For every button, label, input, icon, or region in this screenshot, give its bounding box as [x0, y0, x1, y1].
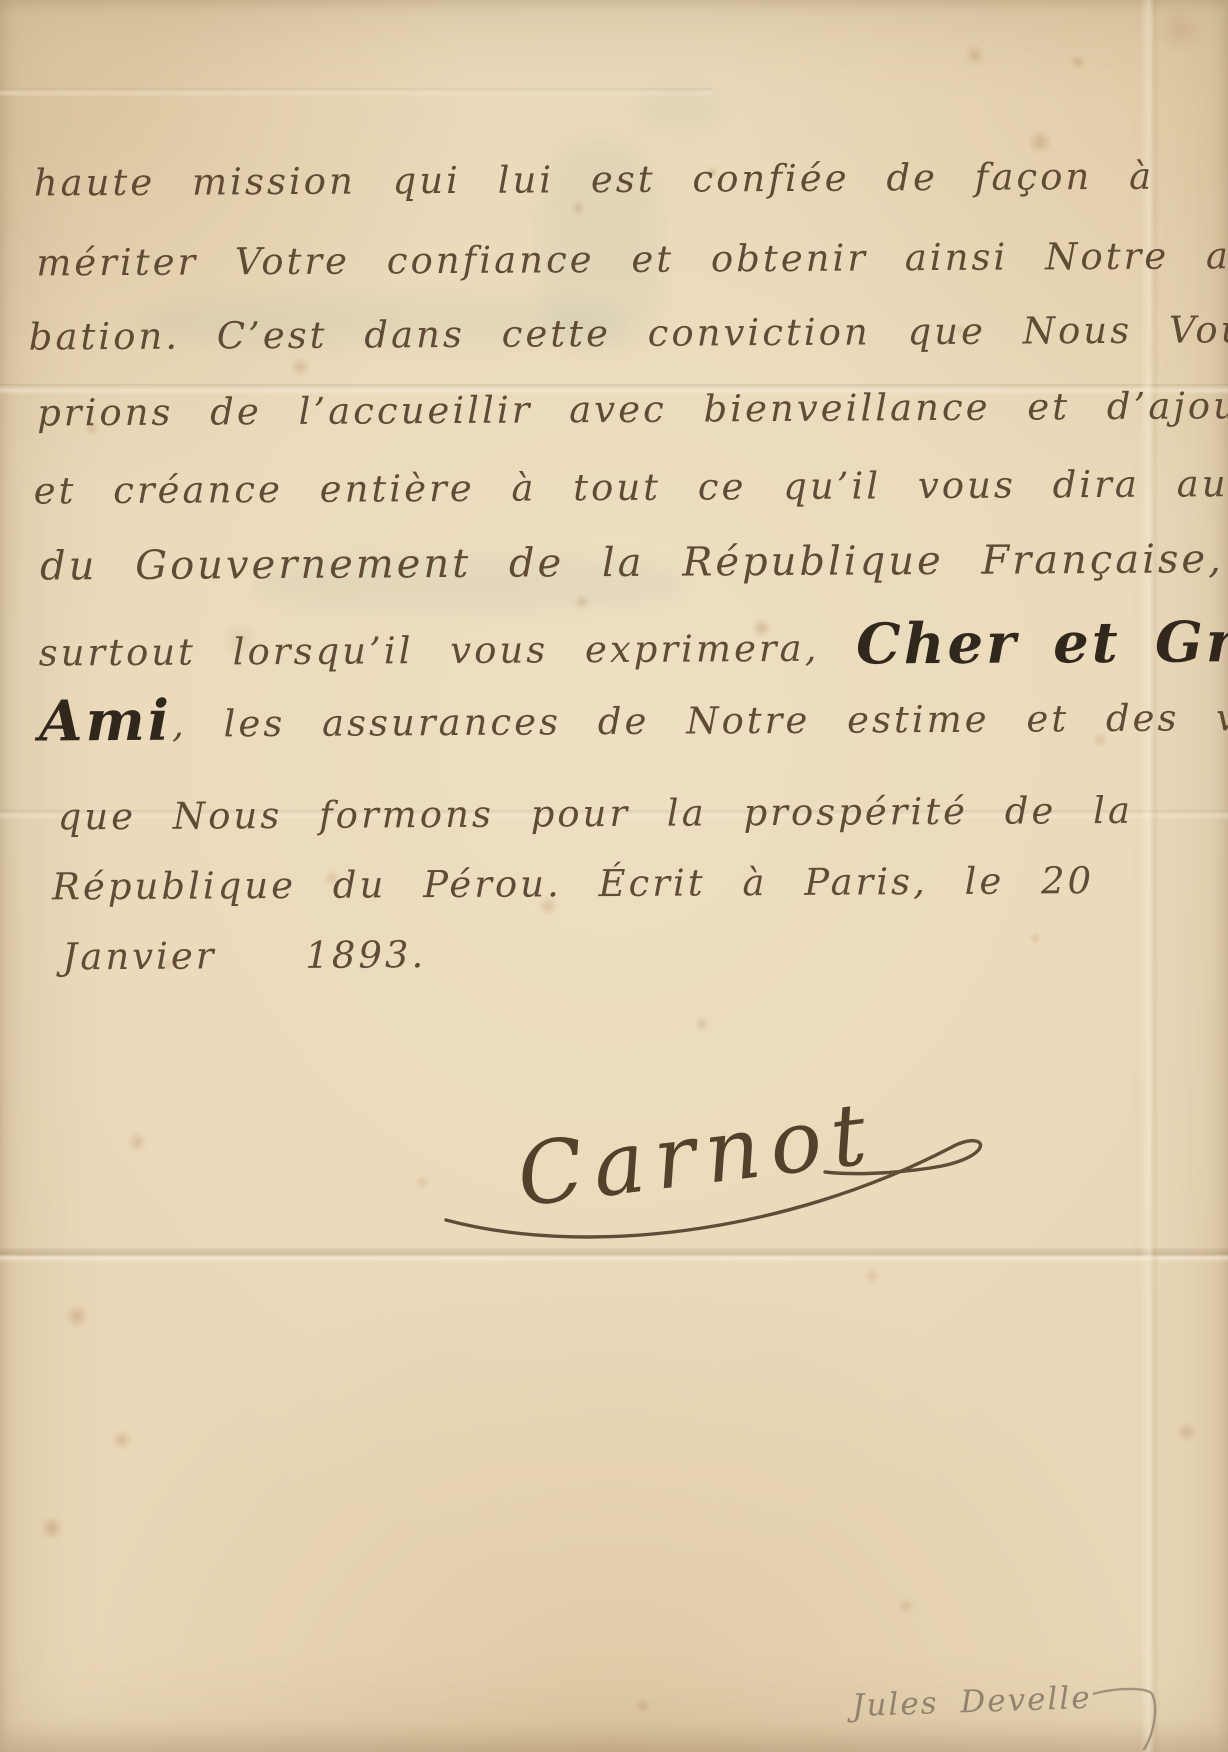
countersignature-flourish [1090, 1683, 1182, 1752]
emphasized-handwriting: Ami [39, 688, 172, 755]
letter-line: que Nous formons pour la prospérité de l… [57, 789, 1133, 839]
signature-graphic: Carnot [430, 1068, 1040, 1258]
letter-line: haute mission qui lui est confiée de faç… [34, 155, 1155, 205]
emphasized-handwriting: Cher et Grand [856, 608, 1228, 677]
handwriting-text: et créance entière à tout ce qu’il vous … [34, 461, 1228, 512]
handwriting-text: Janvier 1893. [62, 933, 426, 978]
letter-line: mériter Votre confiance et obtenir ainsi… [36, 234, 1228, 285]
handwriting-text: mériter Votre confiance et obtenir ainsi… [36, 234, 1228, 285]
handwriting-text: prions de l’accueillir avec bienveillanc… [37, 383, 1228, 434]
letter-line: bation. C’est dans cette conviction que … [29, 308, 1228, 359]
letter-line: prions de l’accueillir avec bienveillanc… [37, 383, 1228, 434]
letter-line: Ami, les assurances de Notre estime et d… [39, 678, 1228, 752]
handwriting-text: que Nous formons pour la prospérité de l… [57, 789, 1133, 839]
letter-line: Janvier 1893. [62, 933, 426, 978]
handwriting-text: surtout lorsqu’il vous exprimera, [38, 627, 856, 675]
letter-body: haute mission qui lui est confiée de faç… [0, 0, 1228, 1752]
handwriting-text: République du Pérou. Écrit à Paris, le 2… [52, 859, 1094, 908]
handwriting-text: , les assurances de Notre estime et des … [172, 696, 1228, 746]
letter-line: et créance entière à tout ce qu’il vous … [34, 461, 1228, 512]
handwriting-text: du Gouvernement de la République Françai… [40, 536, 1224, 589]
letter-line: surtout lorsqu’il vous exprimera, Cher e… [38, 605, 1228, 679]
letter-page: haute mission qui lui est confiée de faç… [0, 0, 1228, 1752]
letter-line: République du Pérou. Écrit à Paris, le 2… [52, 859, 1094, 908]
handwriting-text: haute mission qui lui est confiée de faç… [34, 155, 1155, 205]
signature-text: Carnot [512, 1083, 881, 1226]
letter-line: du Gouvernement de la République Françai… [40, 536, 1224, 589]
carnot-signature: Carnot [430, 1068, 1040, 1258]
handwriting-text: bation. C’est dans cette conviction que … [29, 308, 1228, 359]
